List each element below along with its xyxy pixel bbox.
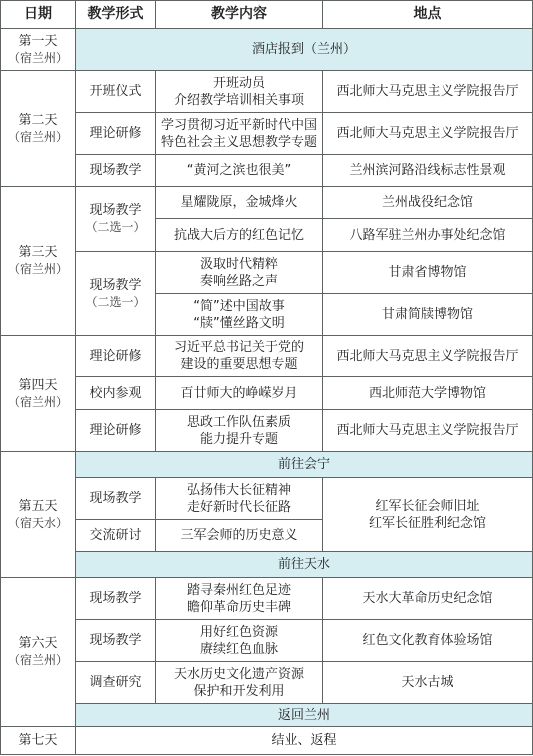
place-cell: 红军长征会师旧址 红军长征胜利纪念馆	[323, 478, 533, 552]
place-cell: 西北师大马克思主义学院报告厅	[323, 113, 533, 155]
place-cell: 兰州滨河路沿线标志性景观	[323, 155, 533, 187]
place-cell: 甘肃省博物馆	[323, 252, 533, 294]
travel-band: 返回兰州	[76, 704, 533, 727]
table-row: 现场教学 “黄河之滨也很美” 兰州滨河路沿线标志性景观	[1, 155, 533, 187]
place-cell: 西北师范大学博物馆	[323, 377, 533, 410]
form-cell: 交流研讨	[76, 520, 156, 552]
day6-date-cell: 第六天 （宿兰州）	[1, 578, 76, 727]
stay-label: （宿兰州）	[3, 261, 73, 278]
content-line: 开班动员	[158, 75, 320, 92]
choice-note: （二选一）	[78, 294, 153, 311]
form-cell: 调查研究	[76, 662, 156, 704]
content-line: “牍”懂丝路文明	[158, 315, 320, 332]
place-line: 红军长征会师旧址	[325, 498, 530, 515]
table-row: 第五天 （宿天水） 前往会宁	[1, 452, 533, 478]
header-row: 日期 教学形式 教学内容 地点	[1, 1, 533, 29]
content-line: 学习贯彻习近平新时代中国	[158, 117, 320, 134]
content-line: 天水历史文化遗产资源	[158, 666, 320, 683]
place-cell: 天水大革命历史纪念馆	[323, 578, 533, 620]
choice-note: （二选一）	[78, 219, 153, 236]
place-cell: 甘肃简牍博物馆	[323, 294, 533, 336]
day2-date-cell: 第二天 （宿兰州）	[1, 71, 76, 187]
header-location: 地点	[323, 1, 533, 29]
table-row: 理论研修 学习贯彻习近平新时代中国 特色社会主义思想教学专题 西北师大马克思主义…	[1, 113, 533, 155]
form-cell: 现场教学	[76, 155, 156, 187]
header-form: 教学形式	[76, 1, 156, 29]
place-cell: 西北师大马克思主义学院报告厅	[323, 71, 533, 113]
place-cell: 天水古城	[323, 662, 533, 704]
content-line: 奏响丝路之声	[158, 273, 320, 290]
content-line: 保护和开发利用	[158, 683, 320, 700]
content-cell: 抗战大后方的红色记忆	[156, 219, 323, 252]
content-cell: 习近平总书记关于党的 建设的重要思想专题	[156, 336, 323, 377]
table-row: 现场教学 （二选一） 汲取时代精粹 奏响丝路之声 甘肃省博物馆	[1, 252, 533, 294]
day1-date-cell: 第一天 （宿兰州）	[1, 29, 76, 71]
table-row: 现场教学 弘扬伟大长征精神 走好新时代长征路 红军长征会师旧址 红军长征胜利纪念…	[1, 478, 533, 520]
form-cell: 现场教学 （二选一）	[76, 187, 156, 252]
content-cell: “黄河之滨也很美”	[156, 155, 323, 187]
content-line: 汲取时代精粹	[158, 256, 320, 273]
form-cell: 现场教学	[76, 620, 156, 662]
form-cell: 现场教学	[76, 578, 156, 620]
form-label: 现场教学	[78, 202, 153, 219]
content-line: 走好新时代长征路	[158, 499, 320, 516]
day7-date-cell: 第七天	[1, 727, 76, 755]
content-cell: “简”述中国故事 “牍”懂丝路文明	[156, 294, 323, 336]
day5-date-cell: 第五天 （宿天水）	[1, 452, 76, 578]
content-line: 赓续红色血脉	[158, 641, 320, 658]
content-line: 建设的重要思想专题	[158, 356, 320, 373]
schedule-table: 日期 教学形式 教学内容 地点 第一天 （宿兰州） 酒店报到（兰州） 第二天 （…	[0, 0, 533, 755]
day7-row: 第七天 结业、返程	[1, 727, 533, 755]
content-line: 习近平总书记关于党的	[158, 339, 320, 356]
form-cell: 理论研修	[76, 410, 156, 452]
day-label: 第四天	[3, 377, 73, 394]
place-cell: 红色文化教育体验场馆	[323, 620, 533, 662]
content-cell: 百廿师大的峥嵘岁月	[156, 377, 323, 410]
form-cell: 现场教学	[76, 478, 156, 520]
content-line: 介绍教学培训相关事项	[158, 92, 320, 109]
day-label: 第二天	[3, 112, 73, 129]
table-row: 理论研修 思政工作队伍素质 能力提升专题 西北师大马克思主义学院报告厅	[1, 410, 533, 452]
day-label: 第六天	[3, 635, 73, 652]
travel-band: 前往会宁	[76, 452, 533, 478]
content-cell: 思政工作队伍素质 能力提升专题	[156, 410, 323, 452]
content-line: 弘扬伟大长征精神	[158, 482, 320, 499]
place-cell: 八路军驻兰州办事处纪念馆	[323, 219, 533, 252]
stay-label: （宿兰州）	[3, 652, 73, 669]
content-cell: 学习贯彻习近平新时代中国 特色社会主义思想教学专题	[156, 113, 323, 155]
place-cell: 西北师大马克思主义学院报告厅	[323, 410, 533, 452]
place-line: 红军长征胜利纪念馆	[325, 515, 530, 532]
day1-band: 酒店报到（兰州）	[76, 29, 533, 71]
closing-cell: 结业、返程	[76, 727, 533, 755]
form-cell: 校内参观	[76, 377, 156, 410]
content-line: 瞻仰革命历史丰碑	[158, 599, 320, 616]
content-cell: 三军会师的历史意义	[156, 520, 323, 552]
form-cell: 现场教学 （二选一）	[76, 252, 156, 336]
header-date: 日期	[1, 1, 76, 29]
content-line: 特色社会主义思想教学专题	[158, 134, 320, 151]
day-label: 第一天	[3, 33, 73, 50]
day-label: 第三天	[3, 244, 73, 261]
content-cell: 开班动员 介绍教学培训相关事项	[156, 71, 323, 113]
day4-date-cell: 第四天 （宿兰州）	[1, 336, 76, 452]
table-row: 现场教学 用好红色资源 赓续红色血脉 红色文化教育体验场馆	[1, 620, 533, 662]
content-cell: 汲取时代精粹 奏响丝路之声	[156, 252, 323, 294]
form-cell: 理论研修	[76, 113, 156, 155]
content-line: “简”述中国故事	[158, 298, 320, 315]
form-cell: 理论研修	[76, 336, 156, 377]
stay-label: （宿兰州）	[3, 394, 73, 411]
place-cell: 兰州战役纪念馆	[323, 187, 533, 219]
day3-date-cell: 第三天 （宿兰州）	[1, 187, 76, 336]
place-cell: 西北师大马克思主义学院报告厅	[323, 336, 533, 377]
table-row: 返回兰州	[1, 704, 533, 727]
stay-label: （宿兰州）	[3, 50, 73, 67]
content-cell: 踏寻秦州红色足迹 瞻仰革命历史丰碑	[156, 578, 323, 620]
form-cell: 开班仪式	[76, 71, 156, 113]
table-row: 前往天水	[1, 552, 533, 578]
content-cell: 用好红色资源 赓续红色血脉	[156, 620, 323, 662]
table-row: 调查研究 天水历史文化遗产资源 保护和开发利用 天水古城	[1, 662, 533, 704]
content-cell: 星耀陇原，金城烽火	[156, 187, 323, 219]
table-row: 第四天 （宿兰州） 理论研修 习近平总书记关于党的 建设的重要思想专题 西北师大…	[1, 336, 533, 377]
content-cell: 弘扬伟大长征精神 走好新时代长征路	[156, 478, 323, 520]
content-line: 能力提升专题	[158, 431, 320, 448]
content-line: 用好红色资源	[158, 624, 320, 641]
header-content: 教学内容	[156, 1, 323, 29]
stay-label: （宿天水）	[3, 515, 73, 532]
content-line: 踏寻秦州红色足迹	[158, 582, 320, 599]
day1-row: 第一天 （宿兰州） 酒店报到（兰州）	[1, 29, 533, 71]
day-label: 第五天	[3, 498, 73, 515]
table-row: 第六天 （宿兰州） 现场教学 踏寻秦州红色足迹 瞻仰革命历史丰碑 天水大革命历史…	[1, 578, 533, 620]
table-row: 第三天 （宿兰州） 现场教学 （二选一） 星耀陇原，金城烽火 兰州战役纪念馆	[1, 187, 533, 219]
content-cell: 天水历史文化遗产资源 保护和开发利用	[156, 662, 323, 704]
form-label: 现场教学	[78, 277, 153, 294]
travel-band: 前往天水	[76, 552, 533, 578]
table-row: 校内参观 百廿师大的峥嵘岁月 西北师范大学博物馆	[1, 377, 533, 410]
table-row: 第二天 （宿兰州） 开班仪式 开班动员 介绍教学培训相关事项 西北师大马克思主义…	[1, 71, 533, 113]
content-line: 思政工作队伍素质	[158, 414, 320, 431]
stay-label: （宿兰州）	[3, 129, 73, 146]
